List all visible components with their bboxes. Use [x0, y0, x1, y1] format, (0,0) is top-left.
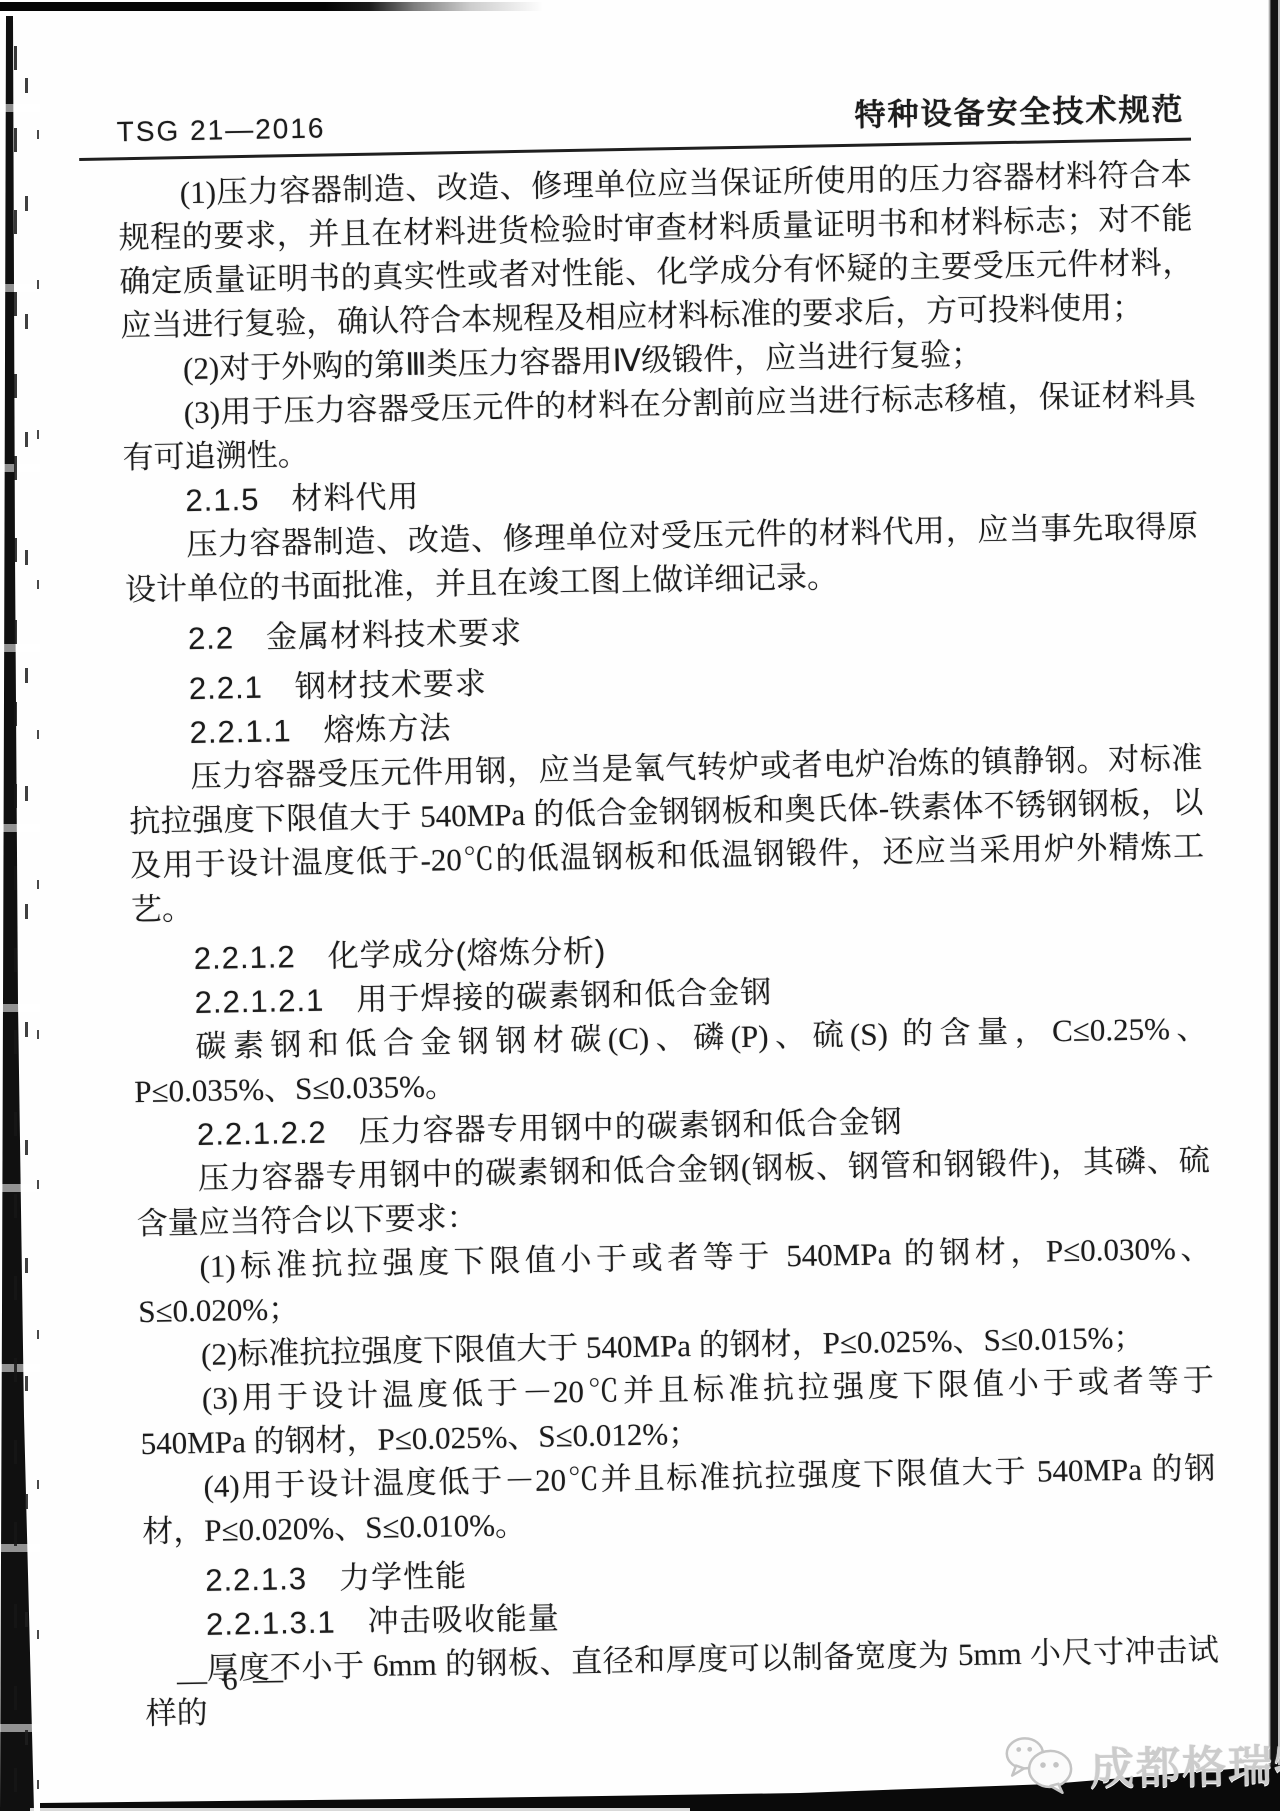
page-number: — 6 —: [177, 1662, 288, 1698]
scan-artifact-right-edge: [1268, 0, 1280, 1811]
paragraph: (1)压力容器制造、改造、修理单位应当保证所使用的压力容器材料符合本规程的要求，…: [117, 153, 1194, 349]
paragraph: 压力容器受压元件用钢，应当是氧气转炉或者电炉冶炼的镇静钢。对标准抗拉强度下限值大…: [128, 737, 1205, 933]
document-body: (1)压力容器制造、改造、修理单位应当保证所使用的压力容器材料符合本规程的要求，…: [79, 153, 1219, 1737]
paragraph: (4)用于设计温度低于－20℃并且标准抗拉强度下限值大于 540MPa 的钢材，…: [141, 1446, 1216, 1554]
watermark-text: 成都格瑞特: [1089, 1729, 1280, 1797]
paragraph: 压力容器制造、改造、修理单位对受压元件的材料代用，应当事先取得原设计单位的书面批…: [124, 505, 1199, 613]
watermark: 成都格瑞特: [1001, 1729, 1280, 1799]
paragraph: 厚度不小于 6mm 的钢板、直径和厚度可以制备宽度为 5mm 小尺寸冲击试样的: [144, 1628, 1219, 1736]
doc-code: TSG 21—2016: [116, 112, 325, 148]
wechat-icon: [1001, 1734, 1080, 1797]
header-title: 特种设备安全技术规范: [854, 84, 1185, 135]
scanned-document-page: TSG 21—2016 特种设备安全技术规范 (1)压力容器制造、改造、修理单位…: [78, 74, 1220, 1737]
scan-artifact-binding-marks: [13, 40, 47, 1798]
scan-artifact-top-edge: [0, 2, 560, 11]
page-header: TSG 21—2016 特种设备安全技术规范: [78, 84, 1191, 161]
